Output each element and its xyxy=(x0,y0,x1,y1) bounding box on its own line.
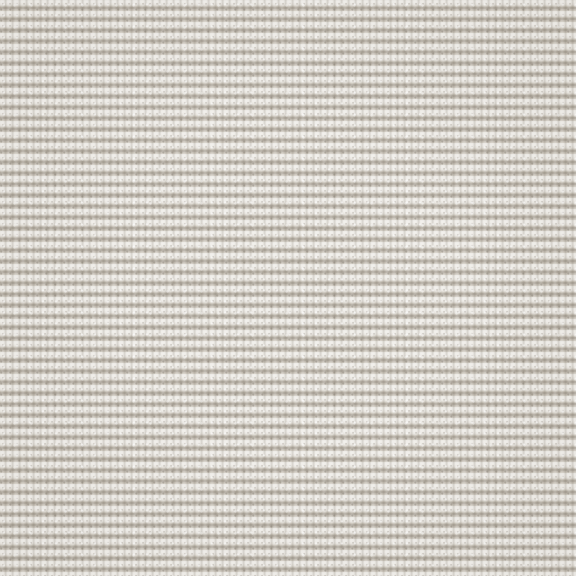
fabric-texture-image xyxy=(0,0,576,576)
fabric-shading xyxy=(0,0,576,576)
